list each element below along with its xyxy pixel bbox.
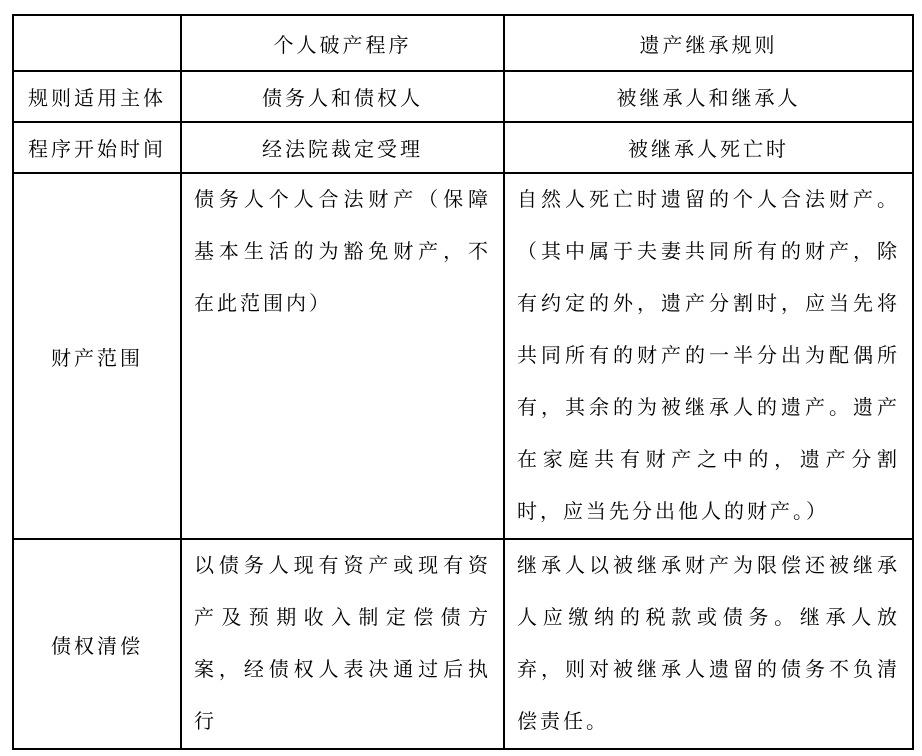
cell-property-scope-bankruptcy: 债务人个人合法财产（保障基本生活的为豁免财产，不在此范围内） [181, 173, 504, 539]
comparison-table: 个人破产程序 遗产继承规则 规则适用主体 债务人和债权人 被继承人和继承人 程序… [12, 14, 914, 750]
table-header-row: 个人破产程序 遗产继承规则 [13, 15, 913, 71]
table-row-subjects: 规则适用主体 债务人和债权人 被继承人和继承人 [13, 71, 913, 122]
cell-start-time-bankruptcy: 经法院裁定受理 [181, 122, 504, 173]
row-label-debt-settlement: 债权清偿 [13, 539, 181, 749]
cell-debt-settlement-bankruptcy: 以债务人现有资产或现有资产及预期收入制定偿债方案，经债权人表决通过后执行 [181, 539, 504, 749]
table-row-debt-settlement: 债权清偿 以债务人现有资产或现有资产及预期收入制定偿债方案，经债权人表决通过后执… [13, 539, 913, 749]
cell-subjects-bankruptcy: 债务人和债权人 [181, 71, 504, 122]
table-row-start-time: 程序开始时间 经法院裁定受理 被继承人死亡时 [13, 122, 913, 173]
document-page: 个人破产程序 遗产继承规则 规则适用主体 债务人和债权人 被继承人和继承人 程序… [0, 0, 922, 756]
row-label-property-scope: 财产范围 [13, 173, 181, 539]
header-corner-cell [13, 15, 181, 71]
header-bankruptcy-cell: 个人破产程序 [181, 15, 504, 71]
cell-start-time-inheritance: 被继承人死亡时 [504, 122, 913, 173]
cell-subjects-inheritance: 被继承人和继承人 [504, 71, 913, 122]
cell-property-scope-inheritance: 自然人死亡时遗留的个人合法财产。（其中属于夫妻共同所有的财产，除有约定的外，遗产… [504, 173, 913, 539]
table-row-property-scope: 财产范围 债务人个人合法财产（保障基本生活的为豁免财产，不在此范围内） 自然人死… [13, 173, 913, 539]
header-inheritance-cell: 遗产继承规则 [504, 15, 913, 71]
row-label-subjects: 规则适用主体 [13, 71, 181, 122]
cell-debt-settlement-inheritance: 继承人以被继承财产为限偿还被继承人应缴纳的税款或债务。继承人放弃，则对被继承人遗… [504, 539, 913, 749]
row-label-start-time: 程序开始时间 [13, 122, 181, 173]
